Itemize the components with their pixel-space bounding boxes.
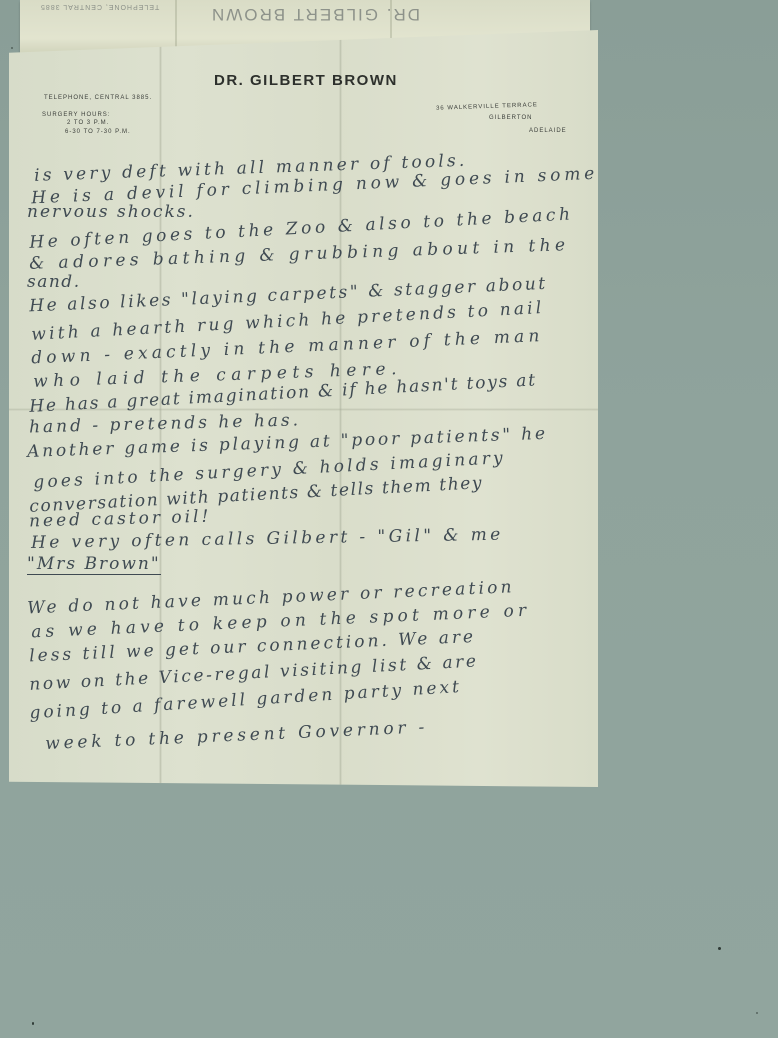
letterhead-hours-2: 6-30 to 7-30 p.m. [65, 129, 131, 135]
letter-line-text: sand. [27, 272, 81, 292]
flap-mirrored-telephone: TELEPHONE, CENTRAL 3885 [40, 3, 159, 10]
letterhead-address-3: Adelaide [529, 128, 567, 134]
letter-line-text: week to the present Governor - [45, 717, 429, 754]
flap-mirrored-letterhead: DR. GILBERT BROWN [210, 4, 420, 24]
dust-speck [756, 1012, 758, 1014]
letterhead-surgery-hours-label: Surgery Hours: [42, 112, 110, 118]
letter-line-text: need castor oil! [29, 507, 212, 532]
letterhead-telephone: Telephone, Central 3885. [44, 95, 152, 101]
letterhead-hours-1: 2 to 3 p.m. [67, 120, 109, 126]
letterhead-address-2: Gilberton [489, 115, 532, 121]
letterhead-name: DR. GILBERT BROWN [214, 72, 398, 89]
dust-speck [11, 47, 13, 49]
letter-sheet: DR. GILBERT BROWN Telephone, Central 388… [9, 30, 598, 787]
dust-speck [32, 1022, 34, 1025]
dust-speck [718, 947, 721, 950]
letter-line-text: nervous shocks. [27, 202, 195, 222]
letter-line-text: "Mrs Brown" [27, 554, 161, 575]
letter-line: "Mrs Brown" [9, 554, 616, 575]
letterhead-address-1: 36 Walkerville Terrace [436, 102, 538, 112]
